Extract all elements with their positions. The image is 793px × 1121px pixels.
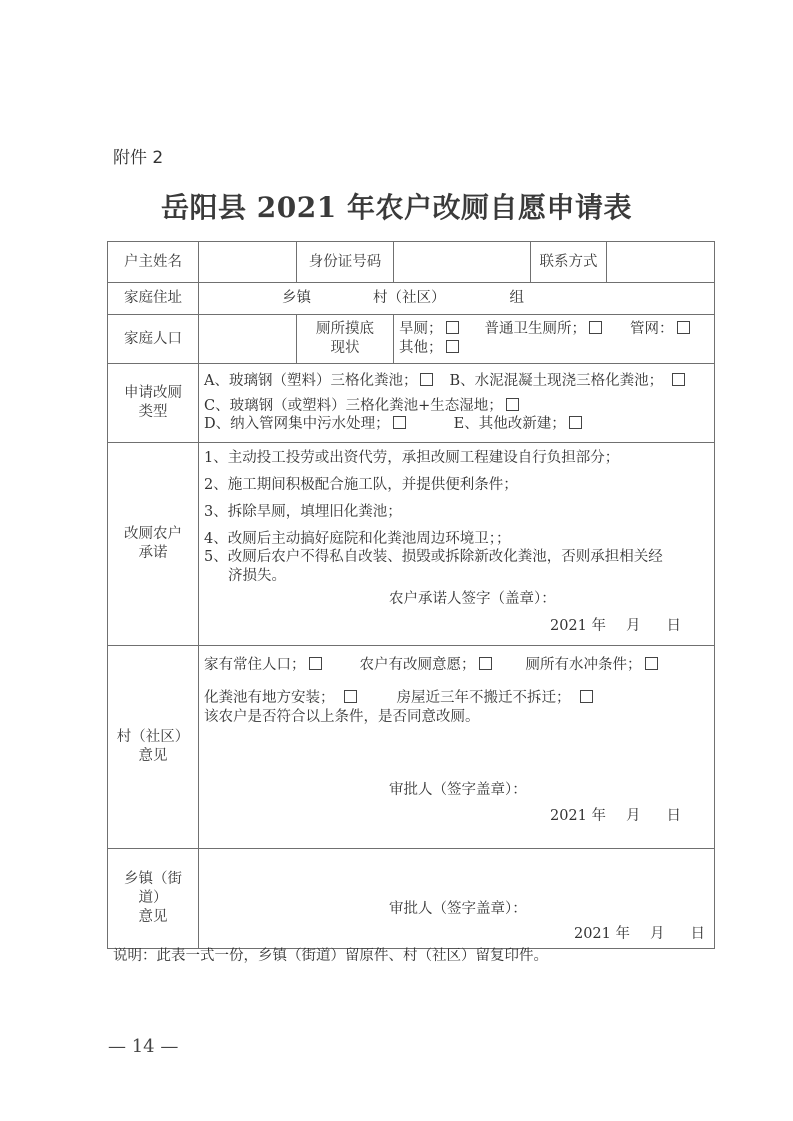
checkbox-icon[interactable] — [569, 416, 582, 429]
condition-resident-population[interactable]: 家有常住人口； — [204, 657, 322, 673]
option-label: D、纳入管网集中污水处理； — [204, 416, 390, 432]
pledge-item-continued: 济损失。 — [204, 567, 709, 586]
farmer-pledge-label-line1: 改厕农户 — [113, 525, 193, 544]
attachment-label: 附件 2 — [113, 143, 163, 168]
village-suffix: 村（社区） — [373, 290, 446, 306]
condition-label: 厕所有水冲条件； — [526, 657, 642, 673]
condition-flush-water[interactable]: 厕所有水冲条件； — [526, 657, 658, 673]
option-label: 管网： — [630, 321, 674, 337]
township-suffix: 乡镇 — [282, 290, 311, 306]
condition-label: 化粪池有地方安装； — [204, 690, 335, 706]
date-month: 月 — [626, 808, 641, 824]
row-township-opinion: 乡镇（街 道） 意见 审批人（签字盖章）： 2021 年月日 — [108, 849, 715, 949]
population-label: 家庭人口 — [108, 315, 199, 364]
address-label: 家庭住址 — [108, 283, 199, 315]
farmer-pledge-content: 1、主动投工投劳或出资代劳，承担改厕工程建设自行负担部分； 2、施工期间积极配合… — [199, 443, 715, 646]
farmer-pledge-label-line2: 承诺 — [113, 544, 193, 563]
date-year: 2021 年 — [550, 808, 606, 824]
row-owner-info: 户主姓名 身份证号码 联系方式 — [108, 242, 715, 283]
village-opinion-label: 村（社区） 意见 — [108, 646, 199, 849]
condition-no-relocation[interactable]: 房屋近三年不搬迁不拆迁； — [397, 690, 593, 706]
option-d[interactable]: D、纳入管网集中污水处理； — [204, 416, 406, 432]
farmer-pledge-date[interactable]: 2021 年月日 — [204, 617, 709, 636]
checkbox-icon[interactable] — [677, 321, 690, 334]
checkbox-icon[interactable] — [446, 321, 459, 334]
renovation-type-label-line1: 申请改厕 — [113, 384, 193, 403]
village-opinion-label-line2: 意见 — [113, 747, 193, 766]
option-label: B、水泥混凝土现浇三格化粪池； — [449, 373, 663, 389]
condition-renovation-willingness[interactable]: 农户有改厕意愿； — [360, 657, 492, 673]
population-field[interactable] — [199, 315, 297, 364]
condition-label: 家有常住人口； — [204, 657, 306, 673]
row-village-opinion: 村（社区） 意见 家有常住人口；农户有改厕意愿；厕所有水冲条件； 化粪池有地方安… — [108, 646, 715, 849]
village-question: 该农户是否符合以上条件，是否同意改厕。 — [204, 708, 709, 727]
renovation-type-options: A、玻璃钢（塑料）三格化粪池；B、水泥混凝土现浇三格化粪池； C、玻璃钢（或塑料… — [199, 364, 715, 443]
address-field[interactable]: 乡镇村（社区）组 — [199, 283, 715, 315]
option-a[interactable]: A、玻璃钢（塑料）三格化粪池； — [204, 373, 433, 389]
form-note: 说明：此表一式一份，乡镇（街道）留原件、村（社区）留复印件。 — [113, 944, 548, 965]
option-sewer-network[interactable]: 管网： — [630, 321, 690, 337]
form-title: 岳阳县 2021 年农户改厕自愿申请表 — [0, 186, 793, 226]
contact-field[interactable] — [607, 242, 715, 283]
renovation-type-label: 申请改厕 类型 — [108, 364, 199, 443]
checkbox-icon[interactable] — [420, 373, 433, 386]
township-opinion-date[interactable]: 2021 年月日 — [204, 925, 709, 944]
application-form-table: 户主姓名 身份证号码 联系方式 家庭住址 乡镇村（社区）组 家庭人口 厕所摸底 … — [107, 241, 715, 949]
date-day: 日 — [691, 926, 706, 942]
checkbox-icon[interactable] — [672, 373, 685, 386]
option-b[interactable]: B、水泥混凝土现浇三格化粪池； — [449, 373, 685, 389]
page-number: — 14 — — [108, 1036, 178, 1057]
checkbox-icon[interactable] — [446, 340, 459, 353]
date-day: 日 — [667, 618, 682, 634]
toilet-status-label-line1: 厕所摸底 — [302, 320, 388, 339]
option-dry-toilet[interactable]: 旱厕； — [399, 321, 459, 337]
date-month: 月 — [650, 926, 665, 942]
village-opinion-date[interactable]: 2021 年月日 — [204, 807, 709, 826]
township-opinion-label-line3: 意见 — [113, 908, 193, 927]
pledge-item: 2、施工期间积极配合施工队，并提供便利条件； — [204, 476, 709, 495]
renovation-type-label-line2: 类型 — [113, 403, 193, 422]
option-label: 其他； — [399, 340, 443, 356]
row-farmer-pledge: 改厕农户 承诺 1、主动投工投劳或出资代劳，承担改厕工程建设自行负担部分； 2、… — [108, 443, 715, 646]
id-number-label: 身份证号码 — [297, 242, 394, 283]
township-opinion-label: 乡镇（街 道） 意见 — [108, 849, 199, 949]
pledge-item: 5、改厕后农户不得私自改装、损毁或拆除新改化粪池，否则承担相关经 — [204, 548, 709, 567]
checkbox-icon[interactable] — [344, 690, 357, 703]
pledge-item: 1、主动投工投劳或出资代劳，承担改厕工程建设自行负担部分； — [204, 449, 709, 468]
toilet-status-options: 旱厕；普通卫生厕所；管网： 其他； — [394, 315, 715, 364]
contact-label: 联系方式 — [531, 242, 607, 283]
option-sanitary-toilet[interactable]: 普通卫生厕所； — [485, 321, 603, 337]
date-year: 2021 年 — [550, 618, 606, 634]
option-e[interactable]: E、其他改新建； — [454, 416, 582, 432]
id-number-field[interactable] — [394, 242, 531, 283]
pledge-item: 3、拆除旱厕，填埋旧化粪池； — [204, 503, 709, 522]
checkbox-icon[interactable] — [580, 690, 593, 703]
owner-name-label: 户主姓名 — [108, 242, 199, 283]
township-approver-field[interactable]: 审批人（签字盖章）： — [204, 900, 709, 919]
condition-septic-space[interactable]: 化粪池有地方安装； — [204, 690, 357, 706]
checkbox-icon[interactable] — [589, 321, 602, 334]
date-month: 月 — [626, 618, 641, 634]
checkbox-icon[interactable] — [393, 416, 406, 429]
township-opinion-label-line1: 乡镇（街 — [113, 870, 193, 889]
date-day: 日 — [667, 808, 682, 824]
pledge-item: 4、改厕后主动搞好庭院和化粪池周边环境卫；； — [204, 530, 709, 549]
owner-name-field[interactable] — [199, 242, 297, 283]
row-address: 家庭住址 乡镇村（社区）组 — [108, 283, 715, 315]
option-other[interactable]: 其他； — [399, 340, 459, 356]
condition-label: 房屋近三年不搬迁不拆迁； — [397, 690, 571, 706]
checkbox-icon[interactable] — [506, 398, 519, 411]
option-label: 旱厕； — [399, 321, 443, 337]
checkbox-icon[interactable] — [309, 657, 322, 670]
condition-label: 农户有改厕意愿； — [360, 657, 476, 673]
option-label: A、玻璃钢（塑料）三格化粪池； — [204, 373, 417, 389]
village-opinion-content: 家有常住人口；农户有改厕意愿；厕所有水冲条件； 化粪池有地方安装；房屋近三年不搬… — [199, 646, 715, 849]
group-suffix: 组 — [510, 290, 525, 306]
toilet-status-label: 厕所摸底 现状 — [297, 315, 394, 364]
checkbox-icon[interactable] — [479, 657, 492, 670]
farmer-signature-field[interactable]: 农户承诺人签字（盖章）： — [204, 590, 709, 609]
township-opinion-label-line2: 道） — [113, 889, 193, 908]
row-population: 家庭人口 厕所摸底 现状 旱厕；普通卫生厕所；管网： 其他； — [108, 315, 715, 364]
row-renovation-type: 申请改厕 类型 A、玻璃钢（塑料）三格化粪池；B、水泥混凝土现浇三格化粪池； C… — [108, 364, 715, 443]
option-label: E、其他改新建； — [454, 416, 566, 432]
option-label: C、玻璃钢（或塑料）三格化粪池+生态湿地； — [204, 398, 503, 414]
farmer-pledge-label: 改厕农户 承诺 — [108, 443, 199, 646]
township-opinion-content: 审批人（签字盖章）： 2021 年月日 — [199, 849, 715, 949]
option-c[interactable]: C、玻璃钢（或塑料）三格化粪池+生态湿地； — [204, 398, 519, 414]
checkbox-icon[interactable] — [645, 657, 658, 670]
village-approver-field[interactable]: 审批人（签字盖章）： — [204, 781, 709, 800]
date-year: 2021 年 — [574, 926, 630, 942]
village-opinion-label-line1: 村（社区） — [113, 728, 193, 747]
toilet-status-label-line2: 现状 — [302, 339, 388, 358]
option-label: 普通卫生厕所； — [485, 321, 587, 337]
